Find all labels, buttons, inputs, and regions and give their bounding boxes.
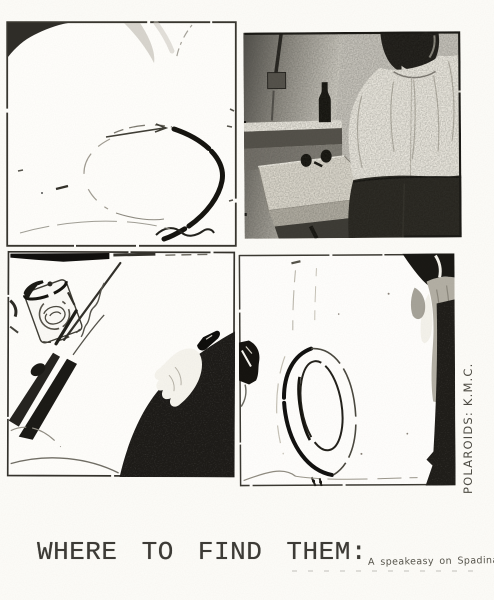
photo-can-and-hand-art bbox=[7, 251, 236, 478]
photo-toilet-overexposed-art bbox=[6, 21, 237, 247]
photo-credit-vertical: POLAROIDS: K.M.C. bbox=[461, 324, 475, 494]
page-title: WHERE TO FIND THEM: bbox=[37, 539, 367, 565]
speck bbox=[41, 192, 43, 194]
zine-page: POLAROIDS: K.M.C. WHERE TO FIND THEM: A … bbox=[0, 0, 494, 600]
photo-toilet-and-patron bbox=[238, 253, 455, 486]
handwritten-location-note: A speakeasy on Spadina bbox=[368, 555, 494, 568]
photo-toilet-overexposed bbox=[6, 21, 237, 247]
grain-overlay bbox=[243, 31, 461, 239]
photo-man-at-sink-art bbox=[243, 31, 461, 239]
photo-man-at-sink bbox=[243, 31, 461, 239]
photo-toilet-and-patron-art bbox=[238, 253, 455, 486]
photo-can-and-hand bbox=[7, 251, 236, 478]
photocopy-smudge bbox=[292, 570, 480, 572]
